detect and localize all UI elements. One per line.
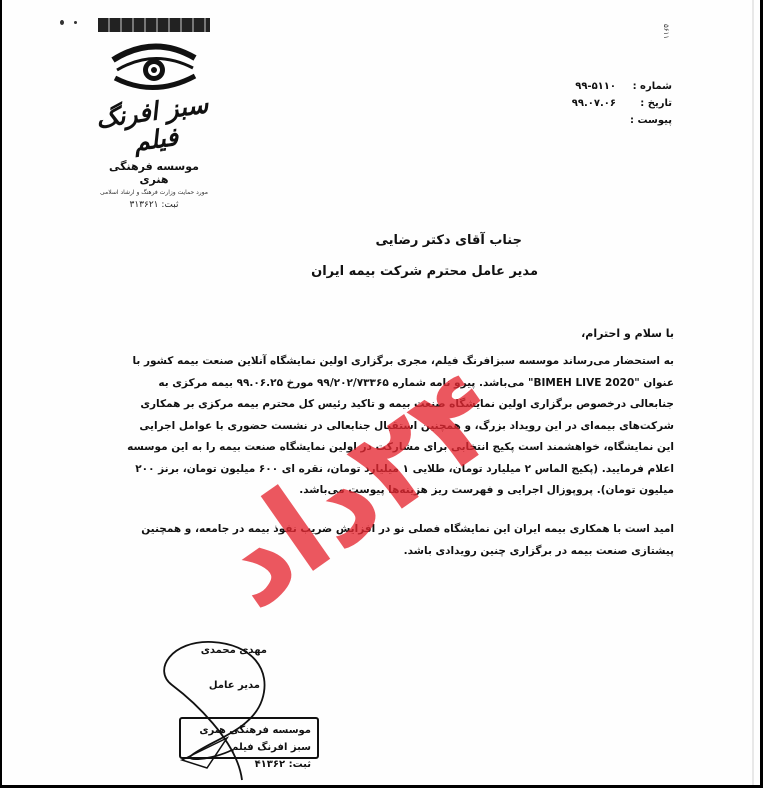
letter-page: سبز افرنگ فیلم موسسه فرهنگی هنری مورد حم… — [2, 0, 760, 785]
meta-number-row: شماره : ۹۹-۵۱۱۰ — [522, 78, 672, 95]
logo-registration: ثبت: ۳۱۳۶۲۱ — [94, 200, 214, 210]
logo-title: سبز افرنگ فیلم — [91, 90, 218, 162]
paragraph-line: میلیون تومان). پروپوزال اجرایی و فهرست ر… — [114, 480, 674, 502]
paragraph-line: پیشتازی صنعت بیمه در برگزاری چنین رویداد… — [114, 541, 674, 563]
signatory-name: مهدی محمدی — [201, 645, 267, 656]
paragraph-line: شرکت‌های بیمه‌ای در این رویداد بزرگ، و ه… — [114, 416, 674, 438]
paragraph-line: جنابعالی درخصوص برگزاری اولین نمایشگاه ص… — [114, 394, 674, 416]
paragraph-line: عنوان "BIMEH LIVE 2020" می‌باشد. پیرو نا… — [114, 373, 674, 395]
scan-dot — [60, 20, 64, 25]
paragraph-line: به استحضار می‌رساند موسسه سبزافرنگ فیلم،… — [114, 351, 674, 373]
body-paragraph-2: امید است با همکاری بیمه ایران این نمایشگ… — [114, 519, 674, 562]
stamp-line-2: ثبت: ۴۱۳۶۲ — [187, 756, 311, 773]
signatory-title: مدیر عامل — [209, 680, 260, 691]
number-value: ۹۹-۵۱۱۰ — [575, 81, 620, 92]
date-label: تاریخ : — [620, 98, 672, 109]
date-value: ۹۹.۰۷.۰۶ — [572, 98, 620, 109]
greeting: با سلام و احترام، — [581, 327, 674, 340]
addressee-name: جناب آقای دکتر رضایی — [375, 233, 522, 248]
attachment-label: پیوست : — [620, 115, 672, 126]
paragraph-line: این نمایشگاه، خواهشمند است پکیج انتخابی … — [114, 437, 674, 459]
logo-tagline: مورد حمایت وزارت فرهنگ و ارشاد اسلامی — [94, 189, 214, 196]
body-paragraph-1: به استحضار می‌رساند موسسه سبزافرنگ فیلم،… — [114, 351, 674, 502]
paragraph-line: امید است با همکاری بیمه ایران این نمایشگ… — [114, 519, 674, 541]
side-note: ۵۶۱۱ — [658, 24, 670, 39]
logo-subtitle: موسسه فرهنگی هنری — [94, 160, 214, 186]
scan-dot — [74, 21, 77, 24]
number-label: شماره : — [620, 81, 672, 92]
letter-meta: شماره : ۹۹-۵۱۱۰ تاریخ : ۹۹.۰۷.۰۶ پیوست : — [522, 78, 672, 129]
addressee-title: مدیر عامل محترم شرکت بیمه ایران — [311, 264, 538, 279]
meta-date-row: تاریخ : ۹۹.۰۷.۰۶ — [522, 95, 672, 112]
meta-attachment-row: پیوست : — [522, 112, 672, 129]
logo-barcode-strip — [98, 18, 210, 32]
eye-emblem-icon — [109, 40, 199, 96]
company-logo: سبز افرنگ فیلم موسسه فرهنگی هنری مورد حم… — [94, 18, 214, 178]
stamp-line-1: موسسه فرهنگی هنری سبز افرنگ فیلم — [187, 722, 311, 756]
scan-edge — [752, 0, 754, 785]
company-stamp: موسسه فرهنگی هنری سبز افرنگ فیلم ثبت: ۴۱… — [179, 717, 319, 759]
paragraph-line: اعلام فرمایید. (پکیج الماس ۲ میلیارد توم… — [114, 459, 674, 481]
